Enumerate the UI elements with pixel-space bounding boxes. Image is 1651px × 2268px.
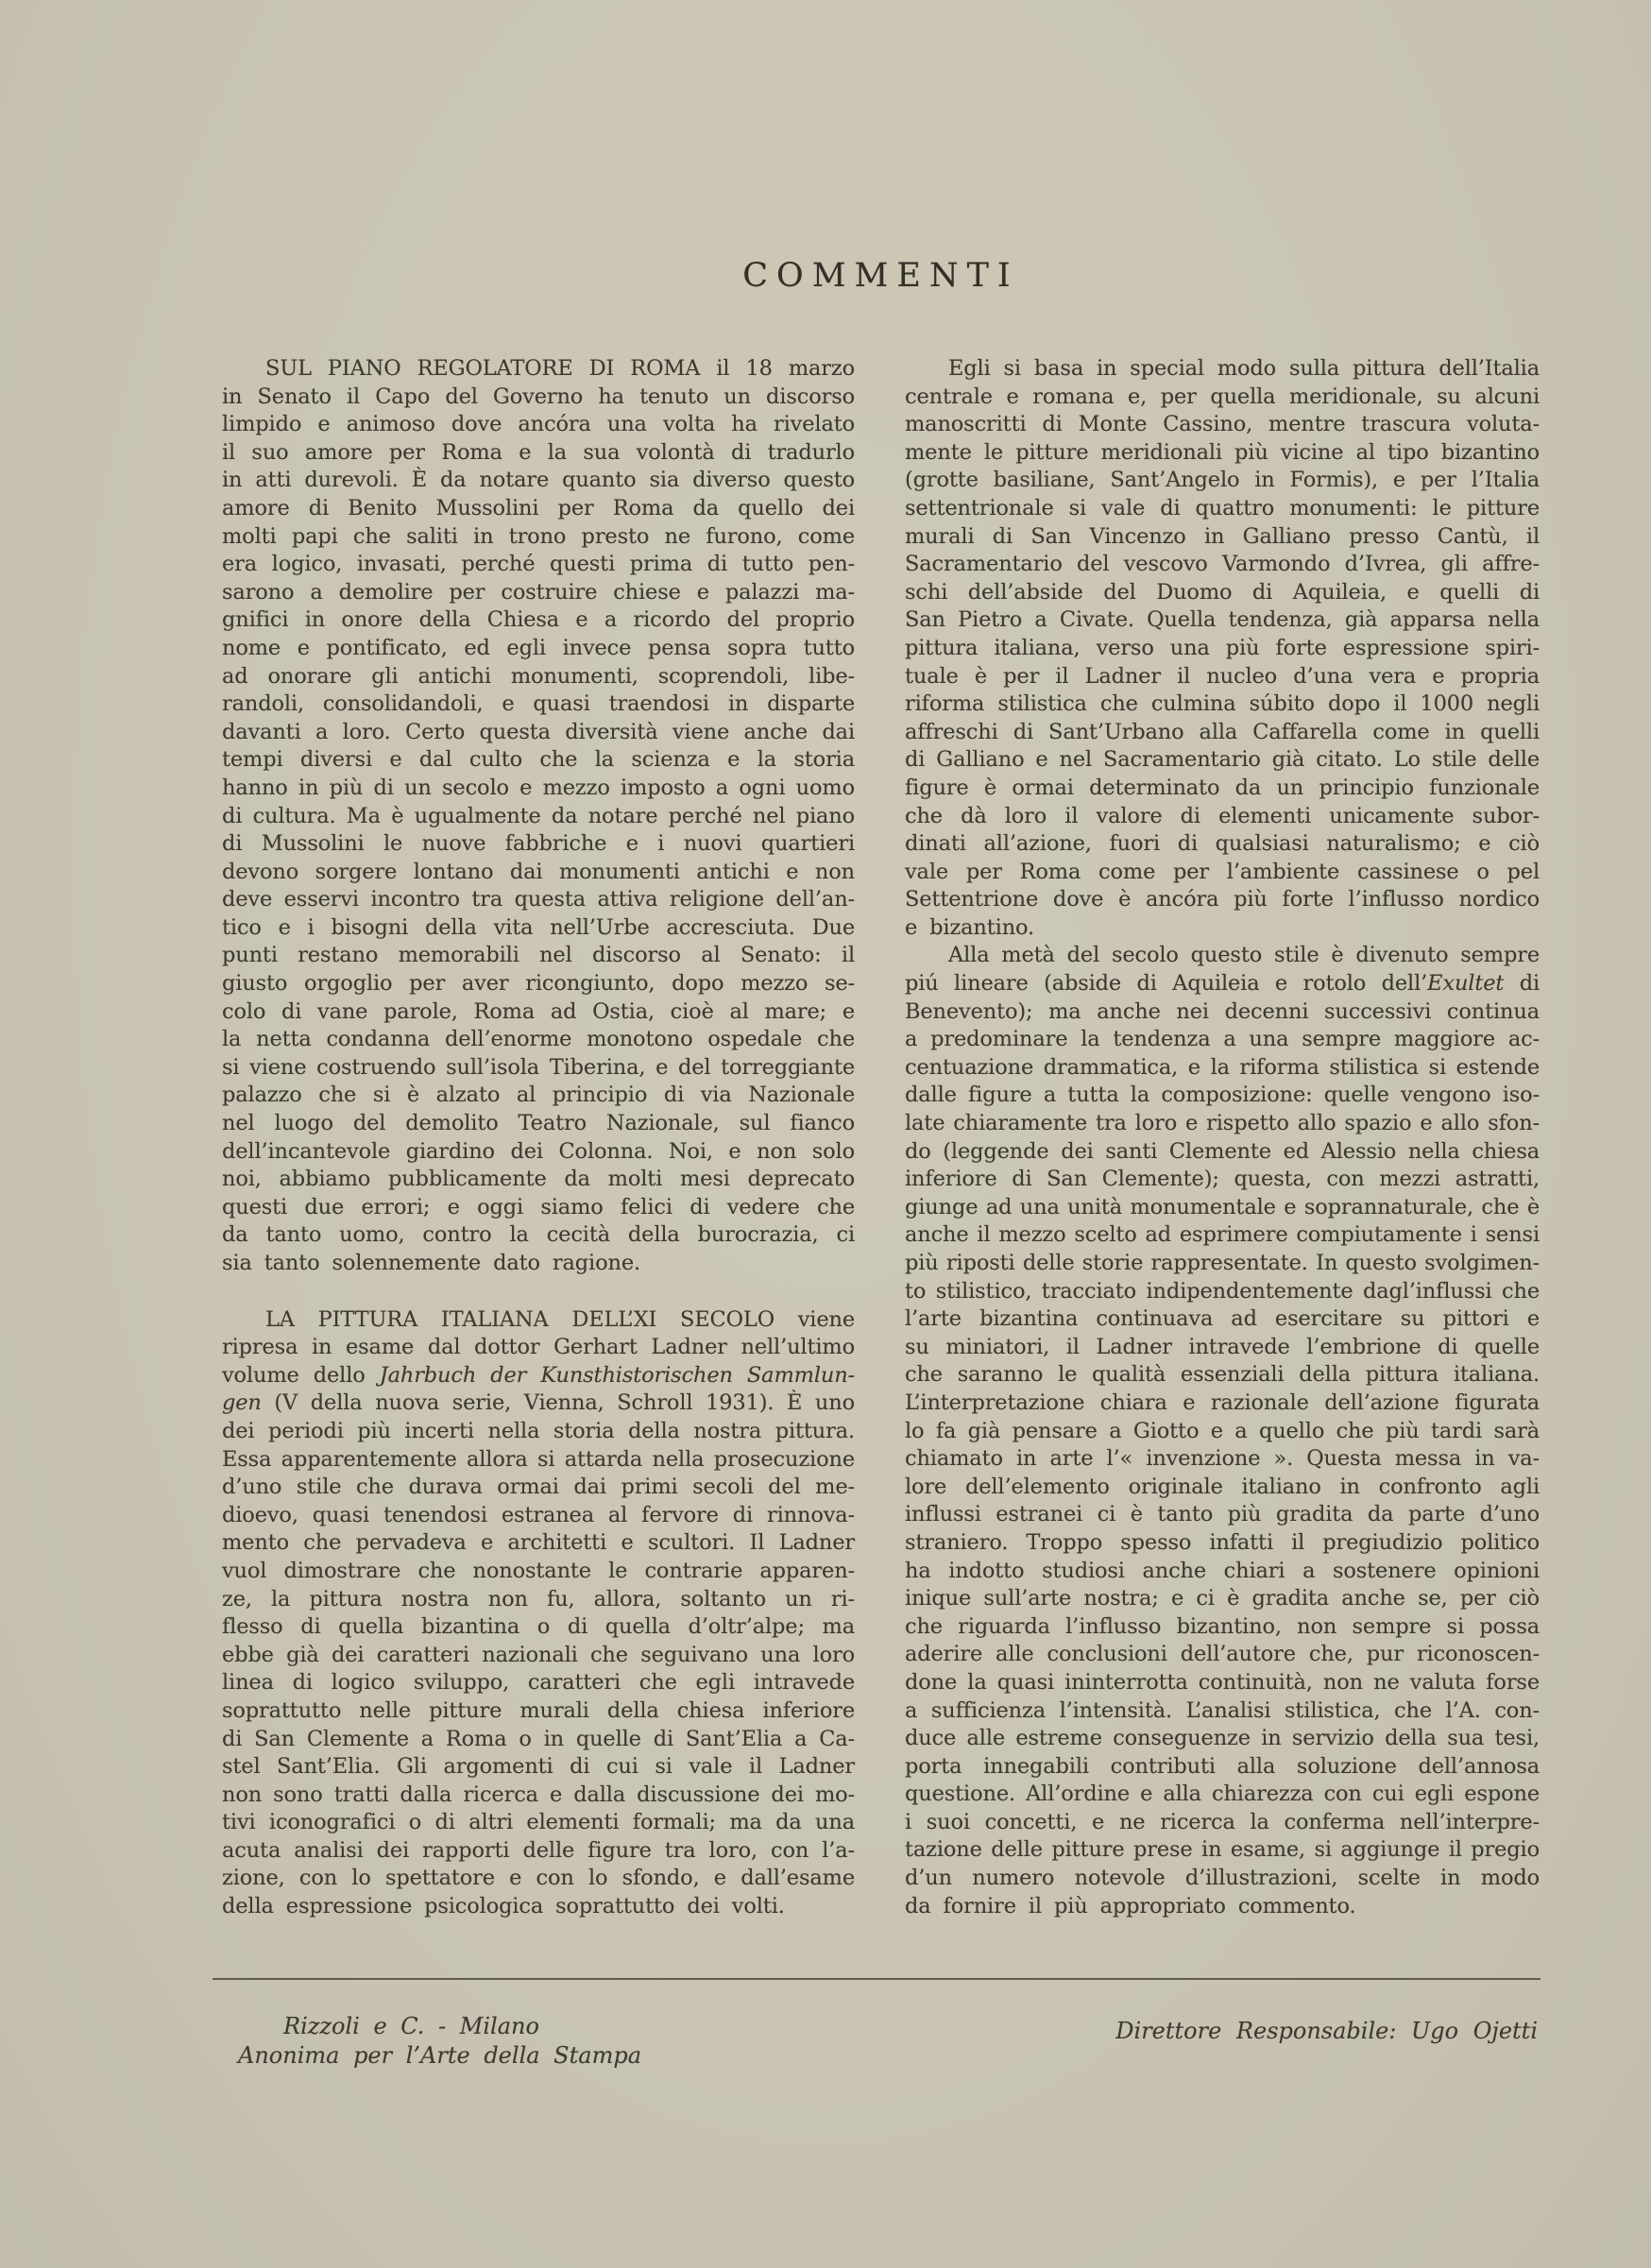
text-line: colo di vane parole, Roma ad Ostia, cioè… [222,998,855,1027]
text-line: Egli si basa in special modo sulla pittu… [905,355,1540,384]
text-line: ha indotto studiosi anche chiari a soste… [905,1558,1540,1586]
text-line: randoli, consolidandoli, e quasi traendo… [222,691,855,719]
text-line: nome e pontificato, ed egli invece pensa… [222,635,855,663]
text-line: limpido e animoso dove ancóra una volta … [222,411,855,439]
text-line: inferiore di San Clemente); questa, con … [905,1166,1540,1194]
text-line: sarono a demolire per costruire chiese e… [222,579,855,607]
text-line: questione. All’ordine e alla chiarezza c… [905,1781,1540,1809]
text-line: sia tanto solennemente dato ragione. [222,1250,855,1278]
right-column: Egli si basa in special modo sulla pittu… [905,355,1540,1920]
text-line: giunge ad una unità monumentale e sopran… [905,1194,1540,1222]
director-credit: Direttore Responsabile: Ugo Ojetti [1115,2018,1538,2044]
text-line: questi due errori; e oggi siamo felici d… [222,1194,855,1222]
text-line: anche il mezzo scelto ad esprimere compi… [905,1221,1540,1250]
text-line: late chiaramente tra loro e rispetto all… [905,1110,1540,1138]
text-line: la netta condanna dell’enorme monotono o… [222,1026,855,1054]
text-line: aderire alle conclusioni dell’autore che… [905,1641,1540,1669]
text-line: era logico, invasati, perché questi prim… [222,551,855,579]
text-line: giusto orgoglio per aver ricongiunto, do… [222,970,855,998]
footer-divider [213,1978,1540,1980]
text-line: l’arte bizantina continuava ad esercitar… [905,1305,1540,1334]
text-line: do (leggende dei santi Clemente ed Aless… [905,1138,1540,1167]
text-line: si viene costruendo sull’isola Tiberina,… [222,1054,855,1083]
text-line: d’uno stile che durava ormai dai primi s… [222,1474,855,1502]
text-line: affreschi di Sant’Urbano alla Caffarella… [905,719,1540,747]
text-line: murali di San Vincenzo in Galliano press… [905,523,1540,552]
left-column: SUL PIANO REGOLATORE DI ROMA il 18 marzo… [222,355,855,1921]
magazine-page: COMMENTI SUL PIANO REGOLATORE DI ROMA il… [0,0,1651,2268]
paragraph: SUL PIANO REGOLATORE DI ROMA il 18 marzo… [222,355,855,1278]
text-line: piú lineare (abside di Aquileia e rotolo… [905,970,1540,998]
publisher-credit: Rizzoli e C. - Milano Anonima per l’Arte… [238,2012,641,2071]
text-line: Benevento); ma anche nei decenni success… [905,998,1540,1027]
text-line: figure è ormai determinato da un princip… [905,775,1540,803]
text-line: settentrionale si vale di quattro monume… [905,495,1540,523]
text-line: di Mussolini le nuove fabbriche e i nuov… [222,830,855,859]
text-line: devono sorgere lontano dai monumenti ant… [222,859,855,887]
text-line: palazzo che si è alzato al principio di … [222,1082,855,1110]
text-line: gnifici in onore della Chiesa e a ricord… [222,606,855,635]
text-line: che riguarda l’influsso bizantino, non s… [905,1613,1540,1642]
text-line: Alla metà del secolo questo stile è dive… [905,942,1540,970]
text-line: che dà loro il valore di elementi unicam… [905,803,1540,831]
text-line: tico e i bisogni della vita nell’Urbe ac… [222,914,855,943]
paragraph: Alla metà del secolo questo stile è dive… [905,942,1540,1920]
text-line: d’un numero notevole d’illustrazioni, sc… [905,1865,1540,1893]
text-line: tazione delle pitture prese in esame, si… [905,1836,1540,1865]
page-title: COMMENTI [222,257,1540,295]
text-line: di San Clemente a Roma o in quelle di Sa… [222,1726,855,1754]
text-line: i suoi concetti, e ne ricerca la conferm… [905,1809,1540,1837]
text-line: riforma stilistica che culmina súbito do… [905,691,1540,719]
text-line: nel luogo del demolito Teatro Nazionale,… [222,1110,855,1138]
text-line: amore di Benito Mussolini per Roma da qu… [222,495,855,523]
text-line: dei periodi più incerti nella storia del… [222,1418,855,1446]
text-line: vuol dimostrare che nonostante le contra… [222,1558,855,1586]
text-line: ebbe già dei caratteri nazionali che seg… [222,1642,855,1670]
text-line: hanno in più di un secolo e mezzo impost… [222,775,855,803]
text-line: acuta analisi dei rapporti delle figure … [222,1837,855,1866]
text-line: influssi estranei ci è tanto più gradita… [905,1501,1540,1529]
text-line: lore dell’elemento originale italiano in… [905,1474,1540,1502]
text-line: molti papi che saliti in trono presto ne… [222,523,855,552]
text-line: duce alle estreme conseguenze in servizi… [905,1725,1540,1753]
publisher-line: Rizzoli e C. - Milano [238,2012,641,2041]
text-line: tuale è per il Ladner il nucleo d’una ve… [905,663,1540,691]
text-line: LA PITTURA ITALIANA DELL’XI SECOLO viene [222,1306,855,1335]
text-line: done la quasi ininterrotta continuità, n… [905,1669,1540,1697]
text-line: Settentrione dove è ancóra più forte l’i… [905,886,1540,914]
text-line: in Senato il Capo del Governo ha tenuto … [222,384,855,412]
text-line: tempi diversi e dal culto che la scienza… [222,746,855,775]
text-line: linea di logico sviluppo, caratteri che … [222,1669,855,1697]
text-line: centuazione drammatica, e la riforma sti… [905,1054,1540,1083]
text-line: su miniatori, il Ladner intravede l’embr… [905,1334,1540,1362]
text-line: to stilistico, tracciato indipendentemen… [905,1278,1540,1306]
text-line: straniero. Troppo spesso infatti il preg… [905,1529,1540,1558]
text-line: dell’incantevole giardino dei Colonna. N… [222,1138,855,1167]
text-line: dinati all’azione, fuori di qualsiasi na… [905,830,1540,859]
text-line: zione, con lo spettatore e con lo sfondo… [222,1865,855,1893]
text-line: L’interpretazione chiara e razionale del… [905,1390,1540,1418]
text-line: più riposti delle storie rappresentate. … [905,1250,1540,1278]
text-line: SUL PIANO REGOLATORE DI ROMA il 18 marzo [222,355,855,384]
text-line: gen (V della nuova serie, Vienna, Schrol… [222,1390,855,1418]
text-line: deve esservi incontro tra questa attiva … [222,886,855,914]
publisher-line: Anonima per l’Arte della Stampa [238,2041,641,2071]
text-line: inique sull’arte nostra; e ci è gradita … [905,1585,1540,1613]
text-line: Essa apparentemente allora si attarda ne… [222,1446,855,1475]
text-line: a predominare la tendenza a una sempre m… [905,1026,1540,1054]
text-line: da fornire il più appropriato commento. [905,1893,1540,1921]
text-line: San Pietro a Civate. Quella tendenza, gi… [905,606,1540,635]
text-line: non sono tratti dalla ricerca e dalla di… [222,1782,855,1810]
text-line: a sufficienza l’intensità. L’analisi sti… [905,1697,1540,1726]
text-line: stel Sant’Elia. Gli argomenti di cui si … [222,1753,855,1782]
text-line: lo fa già pensare a Giotto e a quello ch… [905,1418,1540,1446]
text-line: pittura italiana, verso una più forte es… [905,635,1540,663]
text-line: ripresa in esame dal dottor Gerhart Ladn… [222,1334,855,1362]
text-line: schi dell’abside del Duomo di Aquileia, … [905,579,1540,607]
text-line: ze, la pittura nostra non fu, allora, so… [222,1586,855,1614]
text-line: porta innegabili contributi alla soluzio… [905,1753,1540,1782]
text-line: mente le pitture meridionali più vicine … [905,439,1540,468]
text-line: soprattutto nelle pitture murali della c… [222,1697,855,1726]
text-line: dalle figure a tutta la composizione: qu… [905,1082,1540,1110]
text-line: davanti a loro. Certo questa diversità v… [222,719,855,747]
text-line: della espressione psicologica soprattutt… [222,1893,855,1921]
text-line: centrale e romana e, per quella meridion… [905,384,1540,412]
text-line: chiamato in arte l’« invenzione ». Quest… [905,1445,1540,1474]
text-line: mento che pervadeva e architetti e scult… [222,1529,855,1558]
text-line: da tanto uomo, contro la cecità della bu… [222,1221,855,1250]
text-line: tivi iconografici o di altri elementi fo… [222,1809,855,1837]
text-line: di Galliano e nel Sacramentario già cita… [905,746,1540,775]
text-line: noi, abbiamo pubblicamente da molti mesi… [222,1166,855,1194]
paragraph: Egli si basa in special modo sulla pittu… [905,355,1540,942]
text-line: che saranno le qualità essenziali della … [905,1361,1540,1390]
text-line: manoscritti di Monte Cassino, mentre tra… [905,411,1540,439]
text-line: in atti durevoli. È da notare quanto sia… [222,467,855,495]
text-line: punti restano memorabili nel discorso al… [222,942,855,970]
text-line: flesso di quella bizantina o di quella d… [222,1613,855,1642]
text-line: e bizantino. [905,914,1540,943]
text-line: ad onorare gli antichi monumenti, scopre… [222,663,855,691]
text-line: (grotte basiliane, Sant’Angelo in Formis… [905,467,1540,495]
text-line: volume dello Jahrbuch der Kunsthistorisc… [222,1362,855,1390]
text-line: vale per Roma come per l’ambiente cassin… [905,859,1540,887]
paragraph: LA PITTURA ITALIANA DELL’XI SECOLO viene… [222,1306,855,1921]
text-line: di cultura. Ma è ugualmente da notare pe… [222,803,855,831]
text-line: Sacramentario del vescovo Varmondo d’Ivr… [905,551,1540,579]
text-line: il suo amore per Roma e la sua volontà d… [222,439,855,468]
text-line: dioevo, quasi tenendosi estranea al ferv… [222,1502,855,1530]
